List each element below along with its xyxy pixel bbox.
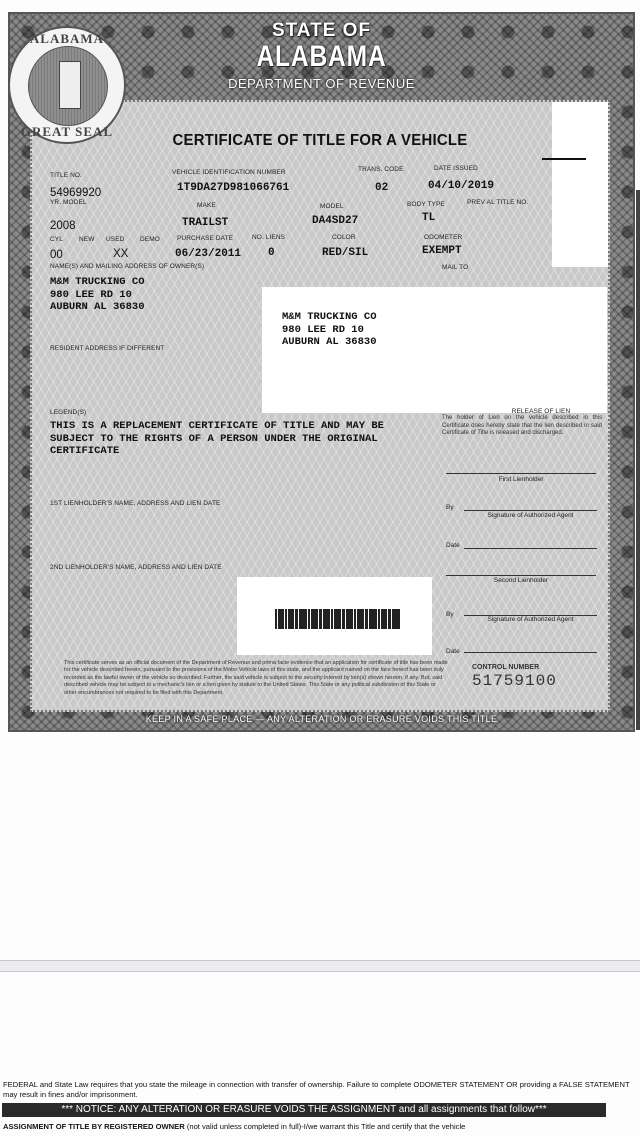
resident-address-label: RESIDENT ADDRESS IF DIFFERENT bbox=[50, 345, 164, 352]
purchase-date-label: PURCHASE DATE bbox=[177, 235, 233, 242]
odometer-value: EXEMPT bbox=[422, 245, 462, 257]
barcode-icon bbox=[275, 609, 400, 629]
demo-label: DEMO bbox=[140, 236, 160, 243]
great-seal-icon: ALABAMA GREAT SEAL bbox=[8, 26, 126, 144]
body-type-value: TL bbox=[422, 212, 435, 224]
date-label-2: Date bbox=[446, 648, 460, 655]
prev-title-label: PREV AL TITLE NO. bbox=[467, 199, 528, 206]
seal-top-text: ALABAMA bbox=[10, 31, 124, 47]
title-no-label: TITLE NO. bbox=[50, 172, 82, 179]
trans-code-label: TRANS. CODE bbox=[358, 166, 404, 173]
blank-corner bbox=[552, 102, 608, 267]
second-lienholder-label: 2ND LIENHOLDER'S NAME, ADDRESS AND LIEN … bbox=[50, 564, 222, 571]
legend-label: LEGEND(S) bbox=[50, 409, 86, 416]
certificate-panel: CERTIFICATE OF TITLE FOR A VEHICLE TITLE… bbox=[30, 100, 610, 712]
owner-address: M&M TRUCKING CO 980 LEE RD 10 AUBURN AL … bbox=[50, 276, 145, 314]
used-value: XX bbox=[113, 248, 128, 260]
assignment-of-title-line: ASSIGNMENT OF TITLE BY REGISTERED OWNER … bbox=[3, 1122, 633, 1131]
alteration-notice-banner: *** NOTICE: ANY ALTERATION OR ERASURE VO… bbox=[2, 1103, 606, 1117]
second-lienholder-line bbox=[446, 575, 596, 576]
release-of-lien-title: RELEASE OF LIEN bbox=[466, 408, 616, 415]
model-label: MODEL bbox=[320, 203, 344, 210]
assignment-heading: ASSIGNMENT OF TITLE BY REGISTERED OWNER bbox=[3, 1122, 185, 1131]
yr-model-value: 2008 bbox=[50, 220, 76, 232]
legal-fine-print: This certificate serves as an official d… bbox=[64, 660, 449, 697]
first-lienholder-line bbox=[446, 473, 596, 474]
odometer-label: ODOMETER bbox=[424, 234, 462, 241]
mail-to-label: MAIL TO bbox=[442, 264, 468, 271]
vin-value: 1T9DA27D981066761 bbox=[177, 182, 289, 194]
cyl-label: CYL bbox=[50, 236, 63, 243]
second-lienholder-caption: Second Lienholder bbox=[446, 577, 596, 584]
state-name-heading: ALABAMA bbox=[64, 40, 578, 74]
first-lienholder-label: 1ST LIENHOLDER'S NAME, ADDRESS AND LIEN … bbox=[50, 500, 220, 507]
cyl-value: 00 bbox=[50, 249, 63, 261]
make-value: TRAILST bbox=[182, 217, 228, 229]
trans-code-value: 02 bbox=[375, 182, 388, 194]
control-number-label: CONTROL NUMBER bbox=[472, 664, 539, 671]
odometer-law-warning: FEDERAL and State Law requires that you … bbox=[3, 1080, 633, 1099]
assignment-text: (not valid unless completed in full)-I/w… bbox=[185, 1122, 466, 1131]
body-type-label: BODY TYPE bbox=[407, 201, 445, 208]
mail-to-address: M&M TRUCKING CO 980 LEE RD 10 AUBURN AL … bbox=[282, 311, 377, 349]
control-number-value: 51759100 bbox=[472, 672, 557, 690]
date-line-1 bbox=[464, 548, 597, 549]
title-no-value: 54969920 bbox=[50, 187, 101, 199]
next-page-edge bbox=[636, 190, 640, 730]
vin-label: VEHICLE IDENTIFICATION NUMBER bbox=[172, 169, 286, 176]
date-issued-label: DATE ISSUED bbox=[434, 165, 478, 172]
certificate-title: CERTIFICATE OF TITLE FOR A VEHICLE bbox=[52, 132, 588, 150]
barcode-box bbox=[237, 577, 432, 655]
signature-line-1 bbox=[464, 510, 597, 511]
color-label: COLOR bbox=[332, 234, 356, 241]
by-label-1: By bbox=[446, 504, 454, 511]
used-label: USED bbox=[106, 236, 124, 243]
by-label-2: By bbox=[446, 611, 454, 618]
first-lienholder-caption: First Lienholder bbox=[446, 476, 596, 483]
make-label: MAKE bbox=[197, 202, 216, 209]
title-certificate: STATE OF ALABAMA DEPARTMENT OF REVENUE A… bbox=[8, 12, 635, 732]
state-map-icon bbox=[59, 61, 81, 109]
dash-mark bbox=[542, 158, 586, 160]
owner-label: NAME(S) AND MAILING ADDRESS OF OWNER(S) bbox=[50, 263, 204, 270]
seal-bottom-text: GREAT SEAL bbox=[10, 124, 124, 140]
new-label: NEW bbox=[79, 236, 94, 243]
purchase-date-value: 06/23/2011 bbox=[175, 248, 241, 260]
date-label-1: Date bbox=[446, 542, 460, 549]
model-value: DA4SD27 bbox=[312, 215, 358, 227]
signature-caption-2: Signature of Authorized Agent bbox=[464, 616, 597, 623]
legend-text: THIS IS A REPLACEMENT CERTIFICATE OF TIT… bbox=[50, 420, 410, 458]
release-of-lien-body: The holder of Lien on the vehicle descri… bbox=[442, 415, 602, 438]
safe-place-caption: KEEP IN A SAFE PLACE — ANY ALTERATION OR… bbox=[8, 714, 635, 724]
seal-emblem bbox=[28, 46, 108, 126]
no-liens-label: NO. LIENS bbox=[252, 234, 285, 241]
mail-to-box: M&M TRUCKING CO 980 LEE RD 10 AUBURN AL … bbox=[262, 287, 607, 413]
no-liens-value: 0 bbox=[268, 247, 275, 259]
signature-caption-1: Signature of Authorized Agent bbox=[464, 512, 597, 519]
yr-model-label: YR. MODEL bbox=[50, 199, 87, 206]
page-divider bbox=[0, 960, 640, 972]
date-issued-value: 04/10/2019 bbox=[428, 180, 494, 192]
date-line-2 bbox=[464, 652, 597, 653]
color-value: RED/SIL bbox=[322, 247, 368, 259]
